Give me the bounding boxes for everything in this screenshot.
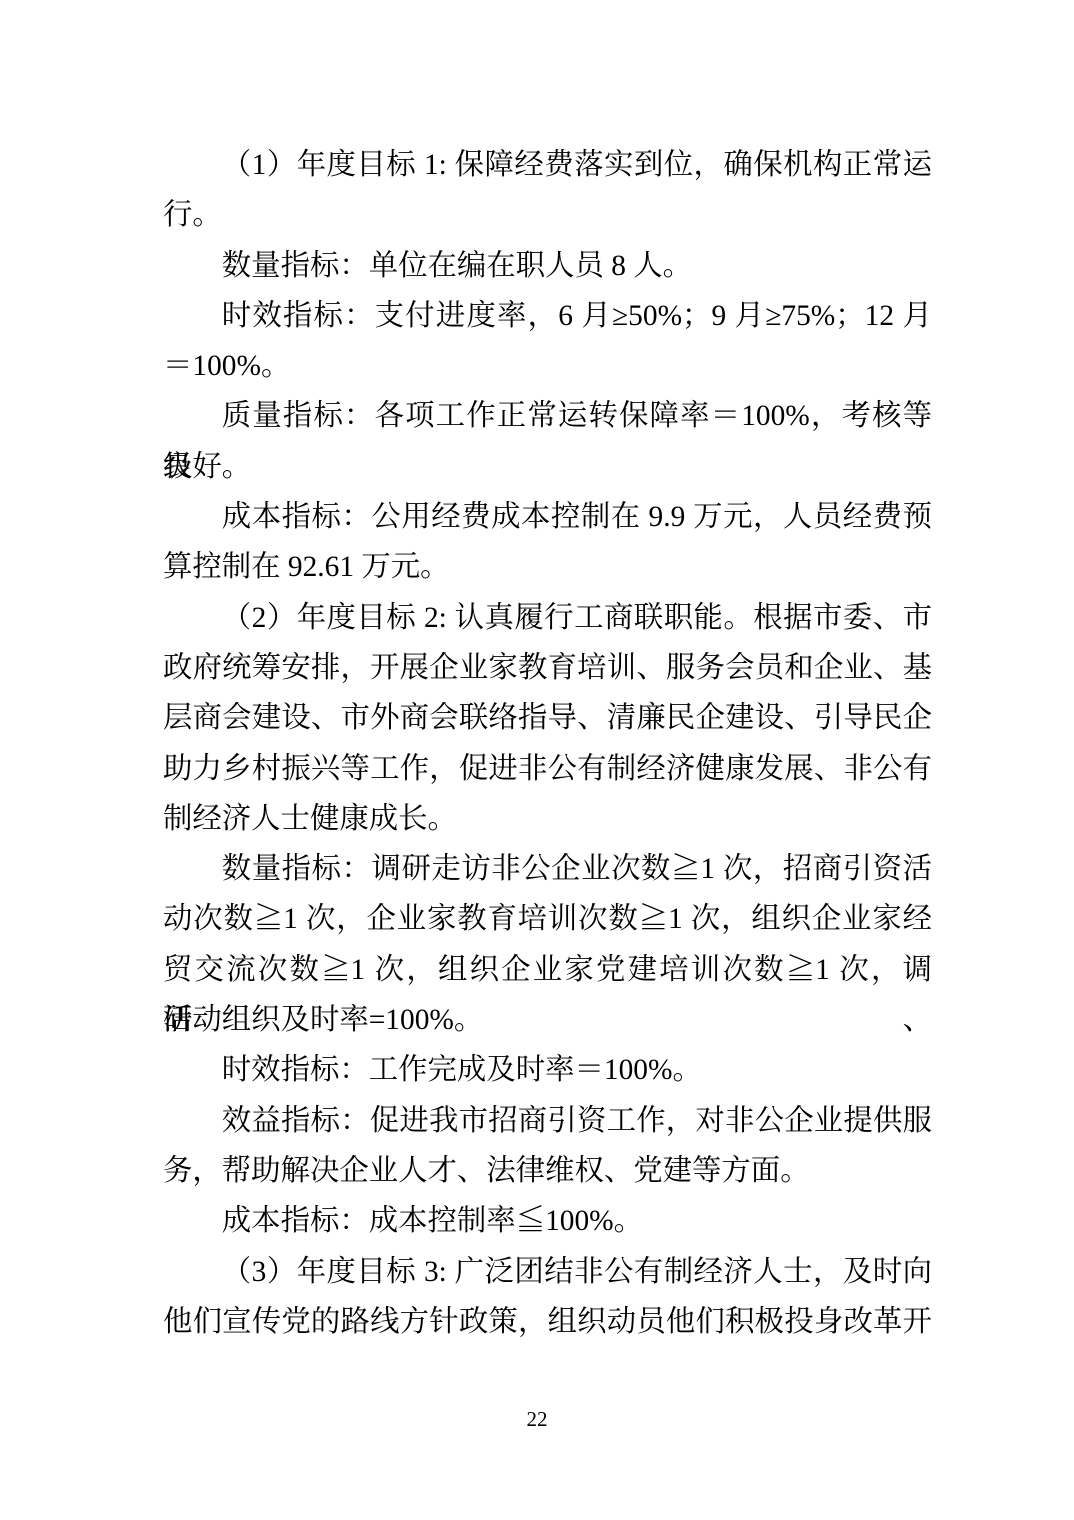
text-line: 贸交流次数≧1 次，组织企业家党建培训次数≧1 次，调研、: [163, 945, 932, 995]
text-line: 时效指标：工作完成及时率＝100%。: [163, 1045, 932, 1095]
text-line: （3）年度目标 3: 广泛团结非公有制经济人士，及时向: [163, 1247, 932, 1297]
text-line: 务，帮助解决企业人才、法律维权、党建等方面。: [163, 1146, 932, 1196]
text-line: 层商会建设、市外商会联络指导、清廉民企建设、引导民企: [163, 693, 932, 743]
document-page: （1）年度目标 1: 保障经费落实到位，确保机构正常运行。数量指标：单位在编在职…: [0, 0, 1074, 1520]
text-line: 行。: [163, 190, 932, 240]
text-line: 数量指标：单位在编在职人员 8 人。: [163, 241, 932, 291]
page-number: 22: [0, 1406, 1074, 1432]
text-line: 制经济人士健康成长。: [163, 794, 932, 844]
text-line: 助力乡村振兴等工作，促进非公有制经济健康发展、非公有: [163, 744, 932, 794]
text-line: 效益指标：促进我市招商引资工作，对非公企业提供服: [163, 1096, 932, 1146]
text-line: 数量指标：调研走访非公企业次数≧1 次，招商引资活: [163, 844, 932, 894]
text-line: 成本指标：成本控制率≦100%。: [163, 1196, 932, 1246]
text-line: 时效指标：支付进度率，6 月≥50%；9 月≥75%；12 月: [163, 291, 932, 341]
text-line: ＝100%。: [163, 341, 932, 391]
document-body: （1）年度目标 1: 保障经费落实到位，确保机构正常运行。数量指标：单位在编在职…: [163, 140, 932, 1347]
text-line: 动次数≧1 次，企业家教育培训次数≧1 次，组织企业家经: [163, 894, 932, 944]
text-line: 良好。: [163, 442, 932, 492]
text-line: （1）年度目标 1: 保障经费落实到位，确保机构正常运: [163, 140, 932, 190]
text-line: 成本指标：公用经费成本控制在 9.9 万元，人员经费预: [163, 492, 932, 542]
text-line: 算控制在 92.61 万元。: [163, 542, 932, 592]
text-line: 政府统筹安排，开展企业家教育培训、服务会员和企业、基: [163, 643, 932, 693]
text-line: （2）年度目标 2: 认真履行工商联职能。根据市委、市: [163, 593, 932, 643]
text-line: 他们宣传党的路线方针政策，组织动员他们积极投身改革开: [163, 1297, 932, 1347]
text-line: 质量指标：各项工作正常运转保障率＝100%，考核等级: [163, 391, 932, 441]
